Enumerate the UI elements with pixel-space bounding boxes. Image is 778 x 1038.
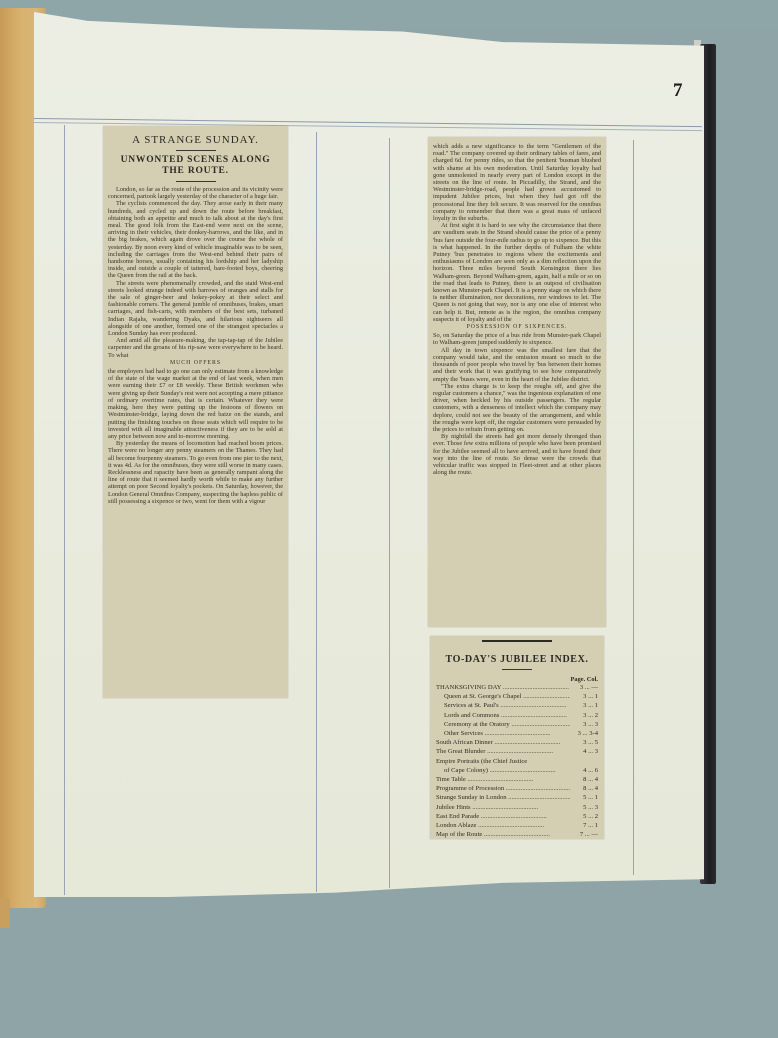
paragraph: The cyclists commenced the day. They aro… [108,200,283,279]
index-entry-page-col: 3 ... 5 [570,738,598,747]
index-entry-page-col: 3 ... — [570,683,598,692]
index-entry-label: London Ablaze ..........................… [436,821,570,830]
index-entry-page-col: 3 ... 3 [570,720,598,729]
index-row: Empire Portraits (the Chief Justice [436,757,598,766]
index-column-header: Page. Col. [430,676,604,683]
paragraph: the employers had had to go one can only… [108,368,283,440]
index-entry-page-col: 5 ... 3 [570,803,598,812]
index-entry-label: Map of the Route .......................… [436,830,570,839]
index-entry-label: Jubilee Hints ..........................… [436,803,570,812]
index-row: Programme of Procession ................… [436,784,598,793]
divider [482,640,552,642]
index-row: South African Dinner ...................… [436,738,598,747]
index-entry-page-col: 8 ... 4 [570,775,598,784]
index-entry-page-col: 3 ... 3-4 [570,729,598,738]
clipping-jubilee-index: TO-DAY'S JUBILEE INDEX. Page. Col. THANK… [430,636,604,839]
index-row: of Cape Colony) ........................… [436,766,598,775]
index-entry-page-col [570,757,598,766]
article-headline: A STRANGE SUNDAY. [103,134,288,146]
paragraph: which adds a new significance to the ter… [433,143,601,222]
clipping-strange-sunday: A STRANGE SUNDAY. UNWONTED SCENES ALONG … [103,126,288,698]
clipping-continuation: which adds a new significance to the ter… [428,137,606,627]
paragraph: The streets were phenomenally crowded, a… [108,280,283,338]
index-row: Ceremony at the Oratory ................… [436,720,598,729]
index-entry-page-col: 3 ... 1 [570,692,598,701]
index-entry-page-col: 8 ... 4 [570,784,598,793]
column-rule-1 [316,132,317,892]
index-row: Queen at St. George's Chapel ...........… [436,692,598,701]
index-entry-label: Empire Portraits (the Chief Justice [436,757,570,766]
index-row: London Ablaze ..........................… [436,821,598,830]
index-row: The Great Blunder ......................… [436,747,598,756]
index-entry-label: Time Table .............................… [436,775,570,784]
article-body-right: which adds a new significance to the ter… [428,137,606,476]
index-entry-label: Lords and Commons ......................… [436,711,570,720]
index-entry-page-col: 5 ... 2 [570,812,598,821]
index-row: Jubilee Hints ..........................… [436,803,598,812]
paragraph: "The extra charge is to keep the roughs … [433,383,601,433]
index-row: Time Table .............................… [436,775,598,784]
index-entry-label: South African Dinner ...................… [436,738,570,747]
paragraph: By nightfall the streets had got more de… [433,433,601,476]
index-entry-page-col: 7 ... — [570,830,598,839]
index-row: Services at St. Paul's .................… [436,701,598,710]
index-row: Other Services .........................… [436,729,598,738]
index-entry-label: of Cape Colony) ........................… [436,766,570,775]
divider [502,669,532,670]
column-rule-2 [389,138,390,888]
divider [176,150,216,151]
paragraph: London, so far as the route of the proce… [108,186,283,200]
margin-rule-left [64,125,65,895]
section-heading: POSSESSION OF SIXPENCES. [433,324,601,331]
index-entry-label: The Great Blunder ......................… [436,747,570,756]
index-entry-page-col: 7 ... 1 [570,821,598,830]
index-table: THANKSGIVING DAY .......................… [430,683,604,839]
index-entry-label: THANKSGIVING DAY .......................… [436,683,570,692]
article-subhead: UNWONTED SCENES ALONG THE ROUTE. [109,155,282,177]
article-body-left: London, so far as the route of the proce… [103,186,288,505]
index-entry-page-col: 3 ... 1 [570,701,598,710]
index-row: East End Parade ........................… [436,812,598,821]
index-title: TO-DAY'S JUBILEE INDEX. [430,654,604,665]
paragraph: So, on Saturday the price of a bus ride … [433,332,601,346]
paragraph: By yesterday the means of locomotion had… [108,440,283,505]
index-entry-page-col: 4 ... 3 [570,747,598,756]
index-row: Map of the Route .......................… [436,830,598,839]
index-row: Strange Sunday in London ...............… [436,793,598,802]
page-number: 7 [673,80,683,102]
divider [176,181,216,182]
section-heading: MUCH OFFERS [108,360,283,367]
index-entry-label: Queen at St. George's Chapel ...........… [436,692,570,701]
index-entry-label: East End Parade ........................… [436,812,570,821]
paragraph: And amid all the pleasure-making, the ta… [108,337,283,359]
index-row: THANKSGIVING DAY .......................… [436,683,598,692]
paragraph: All day in town sixpence was the smalles… [433,347,601,383]
index-entry-label: Strange Sunday in London ...............… [436,793,570,802]
index-entry-page-col: 3 ... 2 [570,711,598,720]
index-entry-label: Other Services .........................… [436,729,570,738]
paragraph: At first sight it is hard to see why the… [433,222,601,323]
index-entry-label: Services at St. Paul's .................… [436,701,570,710]
index-entry-page-col: 5 ... 1 [570,793,598,802]
index-entry-page-col: 4 ... 6 [570,766,598,775]
margin-rule-right [633,140,634,875]
index-row: Lords and Commons ......................… [436,711,598,720]
index-entry-label: Programme of Procession ................… [436,784,570,793]
index-entry-label: Ceremony at the Oratory ................… [436,720,570,729]
